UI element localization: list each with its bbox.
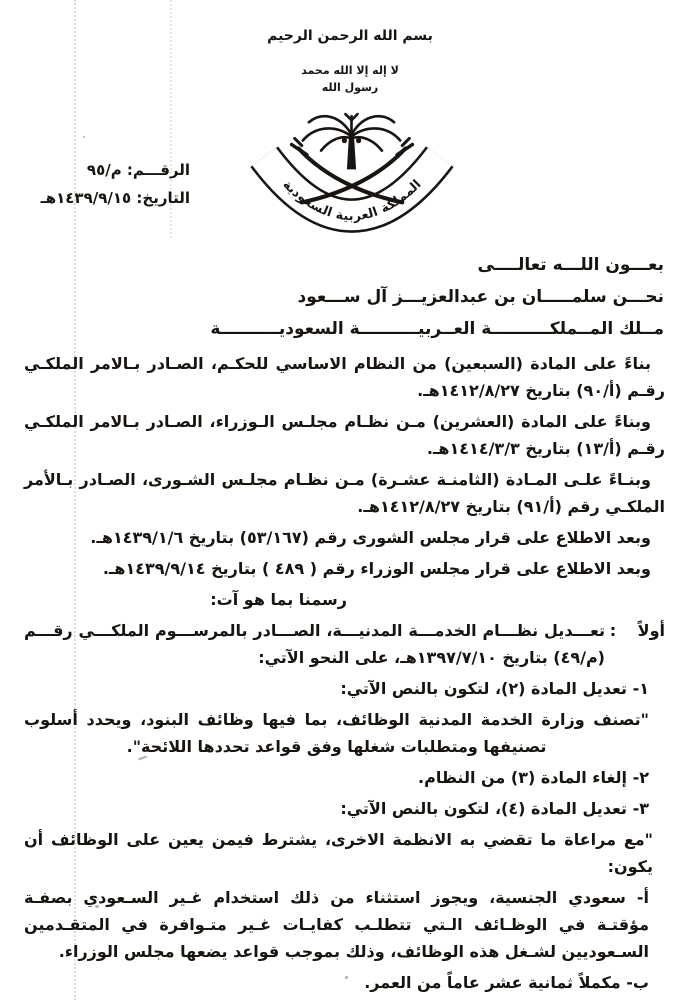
condition-a-nationality: أ- سعودي الجنسية، ويجوز استثناء من ذلك ا… bbox=[24, 884, 649, 965]
amendment-item-2: ٢- إلغاء المادة (٣) من النظام. bbox=[24, 764, 649, 791]
amendment-item-1: ١- تعديل المادة (٢)، لتكون بالنص الآتي: bbox=[24, 675, 649, 702]
condition-b-age: ب- مكملاً ثمانية عشر عاماً من العمر. bbox=[24, 969, 649, 996]
first-clause-intro: تعـــديل نظـــام الخدمـــة المدنيـــة، ا… bbox=[24, 617, 605, 671]
shahada-calligraphy: لا إله إلا الله محمد رسول الله bbox=[296, 62, 404, 96]
basis-article-70: بناءً على المادة (السبعين) من النظام الا… bbox=[24, 350, 665, 404]
document-number: الرقـــم: م/٩٥ bbox=[24, 157, 190, 185]
scan-speck bbox=[95, 905, 99, 908]
article-4-new-text-intro: "مع مراعاة ما تقضي به الانظمة الاخرى، يش… bbox=[24, 826, 653, 880]
scan-speck bbox=[83, 136, 85, 138]
amendment-item-3: ٣- تعديل المادة (٤)، لتكون بالنص الآتي: bbox=[24, 795, 649, 822]
first-clause: أولاً : تعـــديل نظـــام الخدمـــة المدن… bbox=[24, 617, 665, 671]
first-clause-marker: أولاً bbox=[621, 617, 665, 671]
saudi-emblem: المملكة العربية السعودية bbox=[248, 110, 456, 242]
kingdom-title-line: مــلك المــملكــــــــــة العــربيــــــ… bbox=[210, 319, 664, 339]
palm-tree-icon bbox=[303, 114, 400, 169]
decree-body: بناءً على المادة (السبعين) من النظام الا… bbox=[24, 350, 665, 1000]
document-date: التاريخ: ١٤٣٩/٩/١٥هـ bbox=[24, 185, 190, 213]
basis-article-18: وبنـاءً علـى المـادة (الثامنـة عشـرة) مـ… bbox=[24, 466, 665, 520]
decree-enactment-line: رسمنا بما هو آت: bbox=[24, 586, 347, 613]
cabinet-decision-ref: وبعد الاطلاع على قرار مجلس الوزراء رقم (… bbox=[24, 555, 665, 582]
reference-block: الرقـــم: م/٩٥ التاريخ: ١٤٣٩/٩/١٥هـ bbox=[24, 157, 190, 213]
first-clause-colon: : bbox=[605, 617, 621, 671]
scan-speck bbox=[345, 976, 348, 979]
bismillah-calligraphy: بسم الله الرحمن الرحيم bbox=[150, 28, 550, 44]
king-name-line: نحـــن سلمـــــان بن عبدالعزيـــز آل ســ… bbox=[298, 287, 665, 307]
shura-decision-ref: وبعد الاطلاع على قرار مجلس الشورى رقم (٥… bbox=[24, 524, 665, 551]
scanned-royal-decree-page: بسم الله الرحمن الرحيم لا إله إلا الله م… bbox=[0, 0, 700, 1000]
basis-article-20: وبناءً على المادة (العشرين) مـن نظـام مج… bbox=[24, 408, 665, 462]
invocation-line: بعـــون اللـــه تعالــــى bbox=[478, 255, 665, 275]
article-2-new-text: "تصنف وزارة الخدمة المدنية الوظائف، بما … bbox=[24, 706, 649, 760]
